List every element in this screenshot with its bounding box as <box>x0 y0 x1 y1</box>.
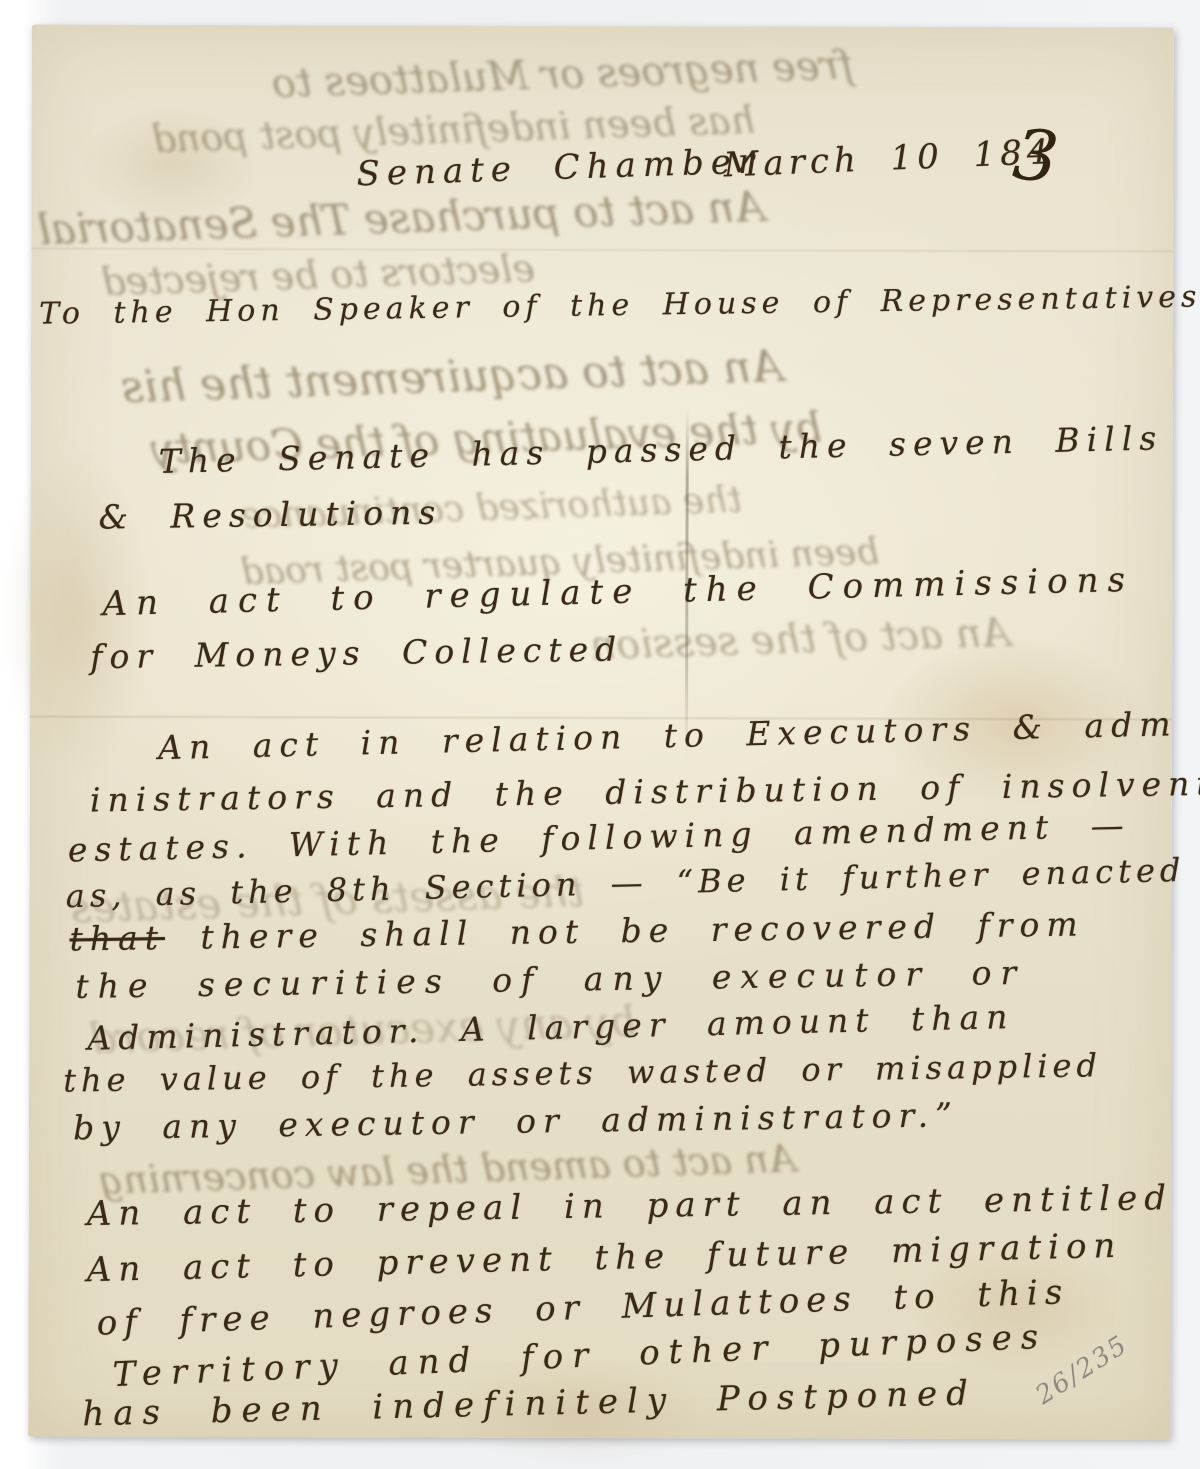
bleedthrough-text: An act of the session <box>590 610 1011 670</box>
act-executors-line: by any executor or administrator.” <box>73 1095 959 1147</box>
bleedthrough-text: free negroes or Mulattoes to <box>271 43 854 108</box>
struck-word: that <box>69 918 165 958</box>
dateline-date: March 10 184 <box>723 132 1054 186</box>
intro-line: The Senate has passed the seven Bills <box>158 418 1163 481</box>
act-executors-line-rest: there shall not be recovered from <box>165 904 1085 957</box>
dateline-place: Senate Chamber <box>356 141 762 194</box>
salutation: To the Hon Speaker of the House of Repre… <box>39 279 1200 331</box>
act-commissions-line: An act to regulate the Commissions <box>102 560 1134 624</box>
intro-line: & Resolutions <box>98 493 442 537</box>
bleedthrough-text: An act to acquirement the his <box>120 341 783 413</box>
act-executors-line: that there shall not be recovered from <box>69 904 1085 958</box>
act-commissions-line: for Moneys Collected <box>90 629 624 676</box>
scanned-document: free negroes or Mulattoes to has been in… <box>0 0 1200 1469</box>
act-executors-line: An act in relation to Executors & adm <box>158 704 1178 767</box>
paper-stain <box>81 105 261 225</box>
act-executors-line: the securities of any executor or <box>75 953 1025 1006</box>
paper-crease <box>31 247 1173 254</box>
letter-page: free negroes or Mulattoes to has been in… <box>28 25 1174 1440</box>
act-repeal-line: An act to repeal in part an act entitled <box>87 1178 1174 1234</box>
dateline-year-digit: 3 <box>1009 113 1062 199</box>
